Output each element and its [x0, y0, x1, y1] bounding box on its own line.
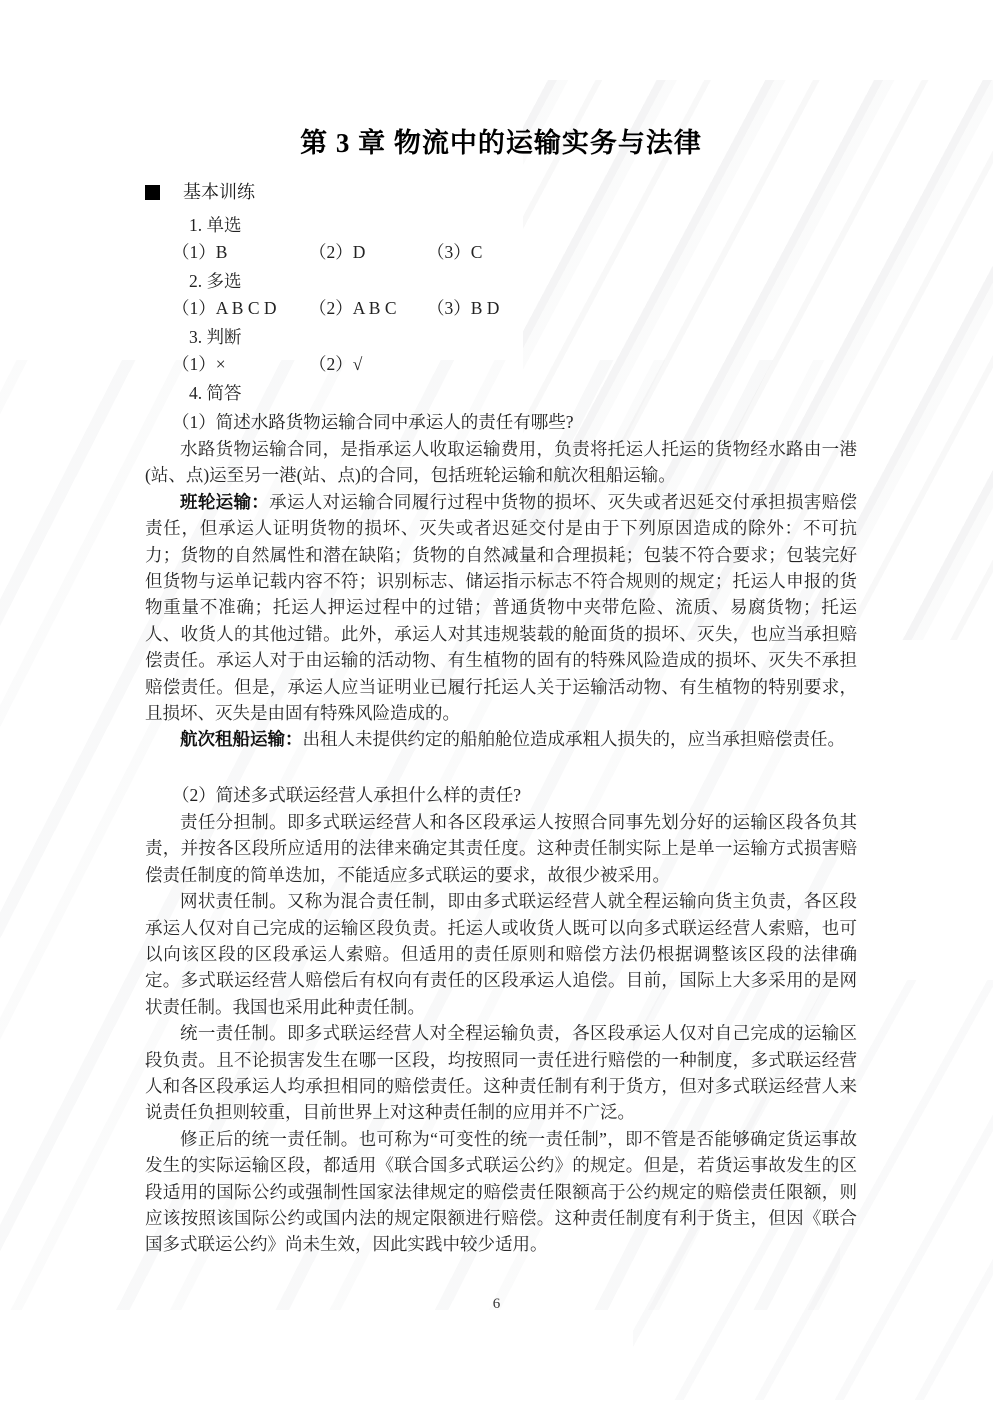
answer-item: （2）√	[309, 351, 427, 378]
subsection-label: 2. 多选	[145, 268, 857, 295]
answer-paragraph: 水路货物运输合同，是指承运人收取运输费用，负责将托运人托运的货物经水路由一港(站…	[145, 436, 857, 489]
answer-paragraph: 网状责任制。又称为混合责任制，即由多式联运经营人就全程运输向货主负责，各区段承运…	[145, 888, 857, 1020]
answer-paragraph: 修正后的统一责任制。也可称为“可变性的统一责任制”，即不管是否能够确定货运事故发…	[145, 1126, 857, 1258]
page-content: 第 3 章 物流中的运输实务与法律 基本训练 1. 单选（1）B（2）D（3）C…	[145, 126, 857, 1258]
document-page: 第 3 章 物流中的运输实务与法律 基本训练 1. 单选（1）B（2）D（3）C…	[0, 0, 993, 1404]
answer-item: （1）×	[172, 351, 309, 378]
answers-row: （1）×（2）√	[145, 351, 857, 378]
qa-container: （1）简述水路货物运输合同中承运人的责任有哪些?水路货物运输合同，是指承运人收取…	[145, 409, 857, 1258]
answers-row: （1）A B C D（2）A B C（3）B D	[145, 295, 857, 322]
answer-paragraph: 航次租船运输：出租人未提供约定的船舶舱位造成承粗人损失的，应当承担赔偿责任。	[145, 726, 857, 752]
answer-item: （2）A B C	[309, 295, 427, 322]
section-heading-row: 基本训练	[145, 180, 857, 204]
answer-paragraph: 统一责任制。即多式联运经营人对全程运输负责，各区段承运人仅对自己完成的运输区段负…	[145, 1020, 857, 1126]
page-number: 6	[0, 1296, 993, 1313]
answer-item: （2）D	[309, 239, 427, 266]
answer-item: （1）B	[172, 239, 309, 266]
square-bullet-icon	[145, 185, 160, 200]
answers-row: （1）B（2）D（3）C	[145, 239, 857, 266]
paragraph-lead: 班轮运输：	[180, 492, 269, 512]
chapter-title: 第 3 章 物流中的运输实务与法律	[145, 126, 857, 160]
answer-item: （3）B D	[427, 295, 499, 322]
answer-paragraph: 班轮运输：承运人对运输合同履行过程中货物的损坏、灭失或者迟延交付承担损害赔偿责任…	[145, 489, 857, 727]
answer-item: （1）A B C D	[172, 295, 309, 322]
paragraph-lead: 航次租船运输：	[180, 729, 303, 749]
section-heading-label: 基本训练	[183, 180, 255, 204]
question: （2）简述多式联运经营人承担什么样的责任?	[145, 782, 857, 809]
subsection-label: 4. 简答	[145, 380, 857, 407]
answer-item: （3）C	[427, 239, 482, 266]
subsection-label: 1. 单选	[145, 212, 857, 239]
answer-paragraph: 责任分担制。即多式联运经营人和各区段承运人按照合同事先划分好的运输区段各负其责，…	[145, 809, 857, 888]
subsection-label: 3. 判断	[145, 324, 857, 351]
subsections-container: 1. 单选（1）B（2）D（3）C2. 多选（1）A B C D（2）A B C…	[145, 212, 857, 407]
question: （1）简述水路货物运输合同中承运人的责任有哪些?	[145, 409, 857, 436]
